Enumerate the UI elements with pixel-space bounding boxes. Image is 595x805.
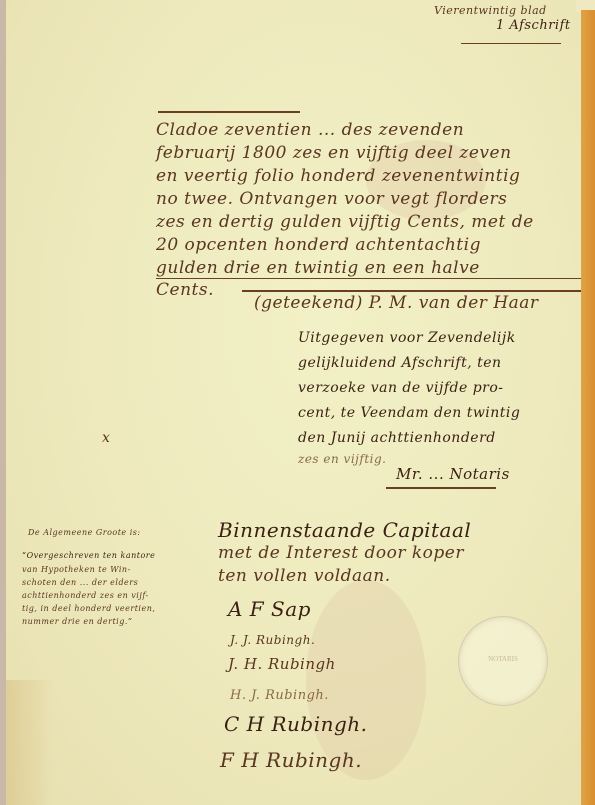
margin-mark: x	[102, 430, 110, 446]
issuance-line: zes en vijftig.	[298, 452, 386, 466]
margin-note-line: achttienhonderd zes en vijf-	[22, 591, 149, 600]
signature: F H Rubingh.	[220, 748, 362, 772]
header-underline	[461, 43, 561, 44]
main-text-line: Cladoe zeventien ... des zevenden	[156, 120, 464, 140]
margin-note-line: tig, in deel honderd veertien,	[22, 604, 155, 613]
margin-note-line: “Overgeschreven ten kantore	[22, 551, 155, 560]
main-text-line: februarij 1800 zes en vijftig deel zeven	[156, 143, 512, 163]
margin-note-line: van Hypotheken te Win-	[22, 565, 131, 574]
issuance-line: Uitgegeven voor Zevendelijk	[298, 330, 516, 346]
seal-text: NOTARIS	[459, 655, 547, 663]
text-underline	[156, 278, 581, 279]
signature-flourish	[386, 487, 496, 489]
signature: A F Sap	[228, 597, 311, 621]
main-text-line: no twee. Ontvangen voor vegt florders	[156, 189, 507, 209]
signature: J. H. Rubingh	[228, 655, 336, 673]
page-edge	[581, 10, 595, 805]
closing-rule	[242, 290, 581, 292]
main-text-line: Cents.	[156, 280, 214, 300]
receipt-line: met de Interest door koper	[218, 543, 464, 563]
main-text-line: zes en dertig gulden vijftig Cents, met …	[156, 212, 534, 232]
issuance-line: cent, te Veendam den twintig	[298, 405, 520, 421]
main-text-line: 20 opcenten honderd achtentachtig	[156, 235, 481, 255]
receipt-line: ten vollen voldaan.	[218, 566, 391, 586]
receipt-line: Binnenstaande Capitaal	[218, 518, 471, 542]
document-page: Vierentwintig blad 1 Afschrift Cladoe ze…	[6, 0, 581, 805]
main-text-line: en veertig folio honderd zevenentwintig	[156, 166, 520, 186]
margin-note-line: schoten den ... der elders	[22, 578, 138, 587]
issuance-line: gelijkluidend Afschrift, ten	[298, 355, 502, 371]
issuance-line: verzoeke van de vijfde pro-	[298, 380, 504, 396]
top-rule	[158, 111, 300, 113]
issuance-line: den Junij achttienhonderd	[298, 430, 496, 446]
signature: J. J. Rubingh.	[230, 633, 315, 647]
water-stain	[6, 680, 54, 805]
header-note-line2: 1 Afschrift	[496, 18, 571, 33]
notary-signature: Mr. ... Notaris	[396, 465, 510, 483]
embossed-seal: NOTARIS	[458, 616, 548, 706]
main-text-line: gulden drie en twintig en een halve	[156, 258, 480, 278]
signature: C H Rubingh.	[224, 712, 368, 736]
signed-line: (geteekend) P. M. van der Haar	[254, 293, 539, 313]
signature: H. J. Rubingh.	[230, 688, 329, 703]
margin-note-line: De Algemeene Groote is:	[28, 528, 141, 537]
header-note-line1: Vierentwintig blad	[434, 4, 547, 17]
margin-note-line: nummer drie en dertig.”	[22, 617, 133, 626]
